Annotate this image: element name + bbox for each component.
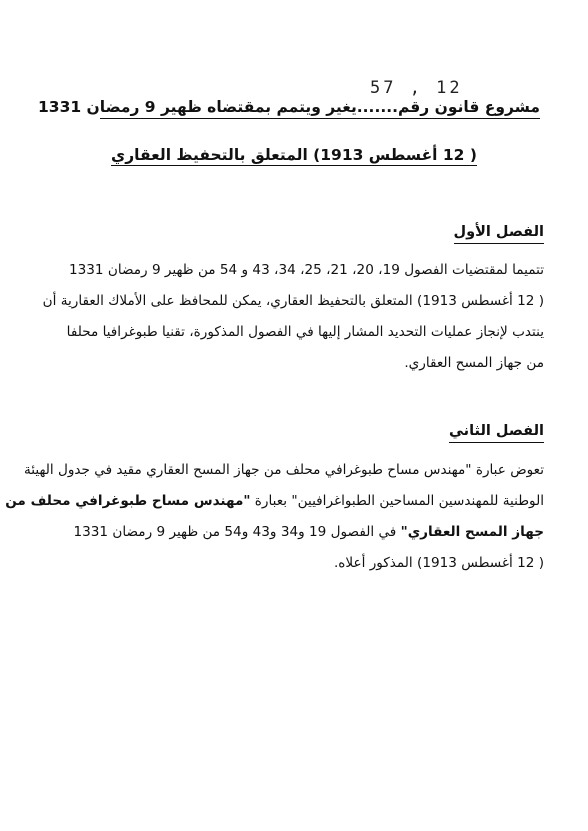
paragraph-line: تعوض عبارة "مهندس مساح طبوغرافي محلف من … [74, 455, 544, 486]
section-heading-1: الفصل الأول [454, 224, 545, 240]
section-heading-2: الفصل الثاني [449, 423, 544, 439]
line-text: الوطنية للمهندسين المساحين الطبواغرافيين… [255, 493, 544, 509]
bold-fragment: جهاز المسح العقاري" [401, 524, 544, 540]
paragraph-line: الوطنية للمهندسين المساحين الطبواغرافيين… [74, 486, 544, 517]
paragraph-line: ينتدب لإنجاز عمليات التحديد المشار إليها… [74, 317, 544, 348]
bold-fragment: "مهندس مساح طبوغرافي محلف من [5, 493, 250, 509]
section-heading-2-text: الفصل الثاني [449, 423, 544, 443]
paragraph-line: ( 12 أغسطس 1913) المذكور أعلاه. [74, 548, 544, 579]
document-title-line-2: ( 12 أغسطس 1913) المتعلق بالتحفيظ العقار… [0, 146, 588, 164]
paragraph-line: جهاز المسح العقاري" في الفصول 19 و34 و43… [74, 517, 544, 548]
reference-number: 57 , 12 [370, 78, 463, 98]
document-page: 57 , 12 مشروع قانون رقم.......يغير ويتمم… [0, 0, 588, 831]
section-1-paragraph: تتميما لمقتضيات الفصول 19، 20، 21، 25، 3… [74, 255, 544, 379]
paragraph-line: من جهاز المسح العقاري. [74, 348, 544, 379]
line-text: في الفصول 19 و34 و43 و54 من ظهير 9 رمضان… [73, 524, 396, 540]
document-title-line-1: مشروع قانون رقم.......يغير ويتمم بمقتضاه… [100, 98, 540, 119]
section-2-paragraph: تعوض عبارة "مهندس مساح طبوغرافي محلف من … [74, 455, 544, 579]
paragraph-line: ( 12 أغسطس 1913) المتعلق بالتحفيظ العقار… [74, 286, 544, 317]
paragraph-line: تتميما لمقتضيات الفصول 19، 20، 21، 25، 3… [74, 255, 544, 286]
section-heading-1-text: الفصل الأول [454, 224, 545, 244]
document-title-line-2-text: ( 12 أغسطس 1913) المتعلق بالتحفيظ العقار… [111, 146, 477, 166]
